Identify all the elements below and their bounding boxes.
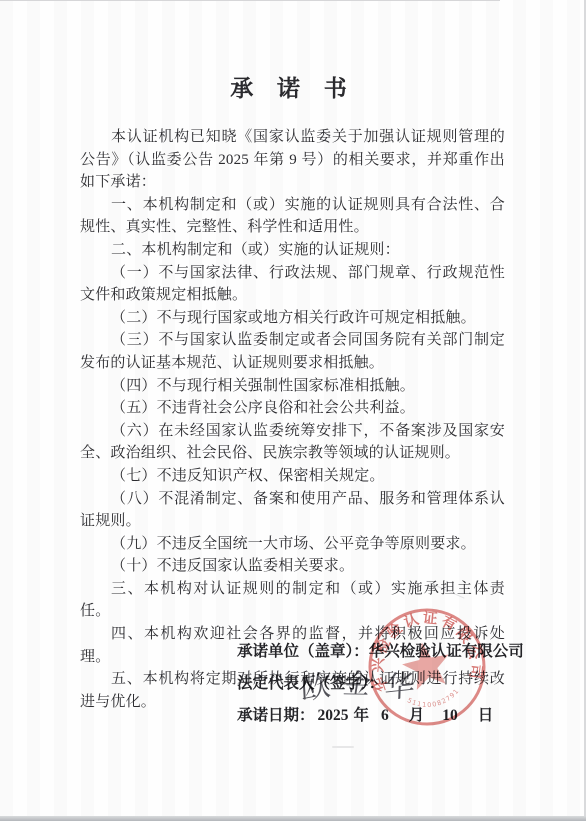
paragraph: （十）不违反国家认监委相关要求。 xyxy=(80,555,505,578)
paragraph: （九）不违反全国统一大市场、公平竞争等原则要求。 xyxy=(80,533,505,556)
page-title: 承 诺 书 xyxy=(0,70,586,103)
handwritten-signature: 欧金华 xyxy=(296,657,483,723)
paragraph: 二、本机构制定和（或）实施的认证规则： xyxy=(80,239,505,262)
paragraph: （七）不违反知识产权、保密相关规定。 xyxy=(80,465,505,488)
paragraph: （四）不与现行相关强制性国家标准相抵触。 xyxy=(80,375,505,398)
paragraph: 本认证机构已知晓《国家认监委关于加强认证规则管理的公告》（认监委公告 2025 … xyxy=(80,126,505,194)
paragraph: （二）不与现行国家或地方相关行政许可规定相抵触。 xyxy=(80,307,505,330)
page-edge-top xyxy=(0,0,500,1)
paragraph: （五）不违背社会公序良俗和社会公共利益。 xyxy=(80,397,505,420)
signature-char: 华 xyxy=(384,660,416,707)
paragraph: （八）不混淆制定、备案和使用产品、服务和管理体系认证规则。 xyxy=(80,488,505,533)
paragraph: （六）在未经国家认监委统筹安排下，不备案涉及国家安全、政治组织、社会民俗、民族宗… xyxy=(80,420,505,465)
signature-char: 金 xyxy=(341,662,374,701)
paragraph: （三）不与国家认监委制定或者会同国务院有关部门制定发布的认证基本规范、认证规则要… xyxy=(80,329,505,374)
scanned-commitment-letter: { "document": { "title": "承 诺 书", "parag… xyxy=(0,0,586,821)
paragraph: 一、本机构制定和（或）实施的认证规则具有合法性、合规性、真实性、完整性、科学性和… xyxy=(80,194,505,239)
paragraph: （一）不与国家法律、行政法规、部门规章、行政规范性文件和政策规定相抵触。 xyxy=(80,262,505,307)
page-edge-bottom xyxy=(0,816,586,821)
unit-label: 承诺单位（盖章）： xyxy=(237,643,369,660)
signature-char: 欧 xyxy=(299,660,332,709)
scan-smudge xyxy=(332,746,354,748)
